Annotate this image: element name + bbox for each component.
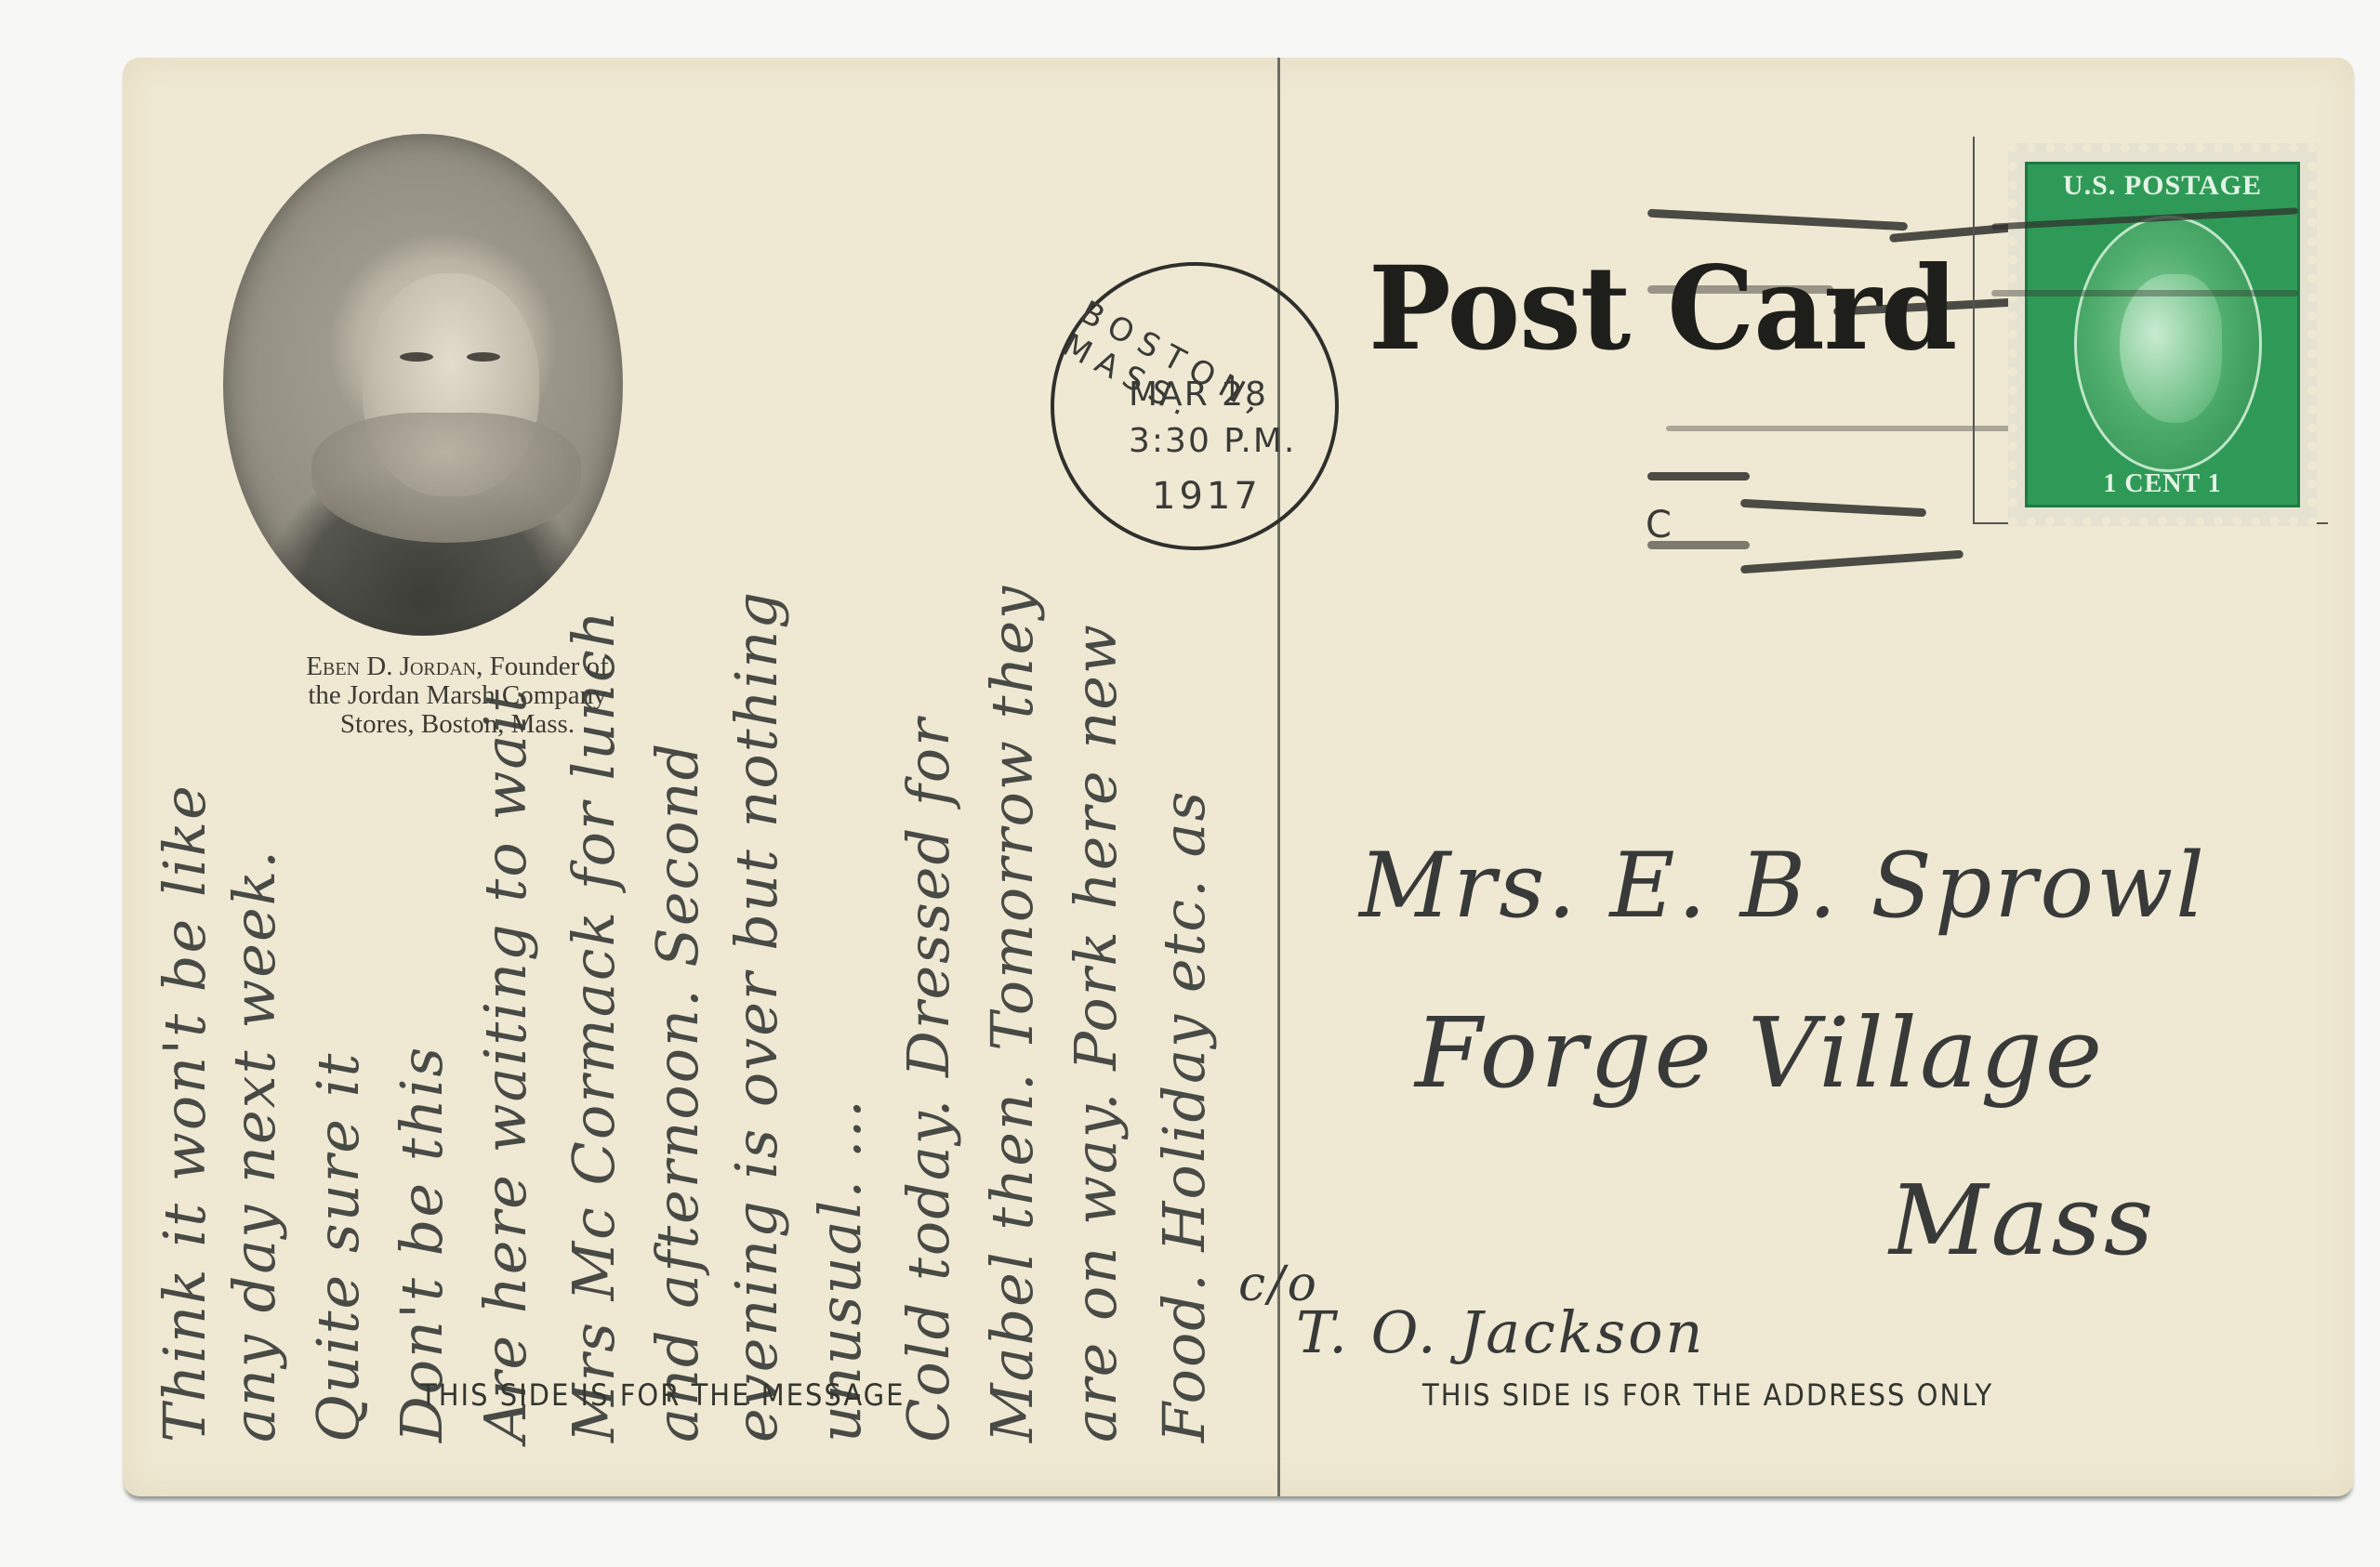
- message-line: Food. Holiday etc. as: [1150, 790, 1218, 1442]
- message-side-label: THIS SIDE IS FOR THE MESSAGE: [420, 1377, 905, 1412]
- portrait-caption: Eben D. Jordan, Founder of the Jordan Ma…: [178, 652, 736, 739]
- cancellation-line: [1647, 209, 1908, 231]
- message-line: evening is over but nothing: [722, 590, 790, 1442]
- message-line: are on way. Pork here new: [1062, 623, 1130, 1442]
- portrait-beard: [311, 413, 581, 543]
- address-town: Forge Village: [1415, 996, 2105, 1110]
- stamp-top-text: U.S. POSTAGE: [2028, 170, 2297, 202]
- portrait-eben-jordan: [223, 134, 623, 636]
- cancellation-line: [1740, 550, 1963, 574]
- portrait-eye-right: [467, 352, 500, 362]
- message-line: Mabel then. Tomorrow they: [978, 585, 1046, 1442]
- caption-line-2: the Jordan Marsh Company: [178, 681, 736, 710]
- cancellation-letter: C: [1646, 504, 1672, 546]
- caption-line-3: Stores, Boston, Mass.: [178, 710, 736, 739]
- message-line: any day next week.: [220, 849, 288, 1442]
- stamp-cancellation-line: [1991, 290, 2298, 296]
- washington-portrait-icon: [2074, 216, 2262, 472]
- cancellation-line: [1740, 499, 1926, 517]
- caption-name: Eben D. Jordan: [306, 652, 476, 681]
- message-line: Mrs Mc Cormack for lunch: [560, 609, 628, 1442]
- postcard: Eben D. Jordan, Founder of the Jordan Ma…: [123, 58, 2354, 1496]
- caption-line-1: Eben D. Jordan, Founder of: [178, 652, 736, 681]
- message-line: and afternoon. Second: [643, 742, 711, 1442]
- stamp-bottom-text: 1 CENT 1: [2028, 469, 2297, 499]
- care-of-name: T. O. Jackson: [1296, 1298, 1705, 1366]
- postage-stamp: U.S. POSTAGE 1 CENT 1: [2008, 143, 2317, 526]
- cancellation-line: [1647, 472, 1750, 481]
- address-recipient: Mrs. E. B. Sprowl: [1359, 834, 2207, 938]
- postmark: BOSTON, MASS. MAR 28 3:30 P.M. 1917: [1051, 262, 1339, 550]
- postmark-year: 1917: [1152, 475, 1262, 518]
- portrait-eye-left: [400, 352, 433, 362]
- postmark-time: 3:30 P.M.: [1129, 422, 1296, 460]
- message-line: Quite sure it: [304, 1052, 372, 1442]
- stamp-profile: [2120, 274, 2222, 423]
- postmark-date: MAR 28: [1129, 375, 1268, 414]
- message-line: Cold today. Dressed for: [894, 717, 962, 1442]
- message-line: Think it won't be like: [151, 783, 218, 1442]
- postcard-title: Post Card: [1368, 241, 1956, 376]
- address-state: Mass: [1889, 1164, 2156, 1277]
- address-side-label: THIS SIDE IS FOR THE ADDRESS ONLY: [1422, 1377, 1993, 1412]
- message-line: Are here waiting to wait: [471, 688, 539, 1442]
